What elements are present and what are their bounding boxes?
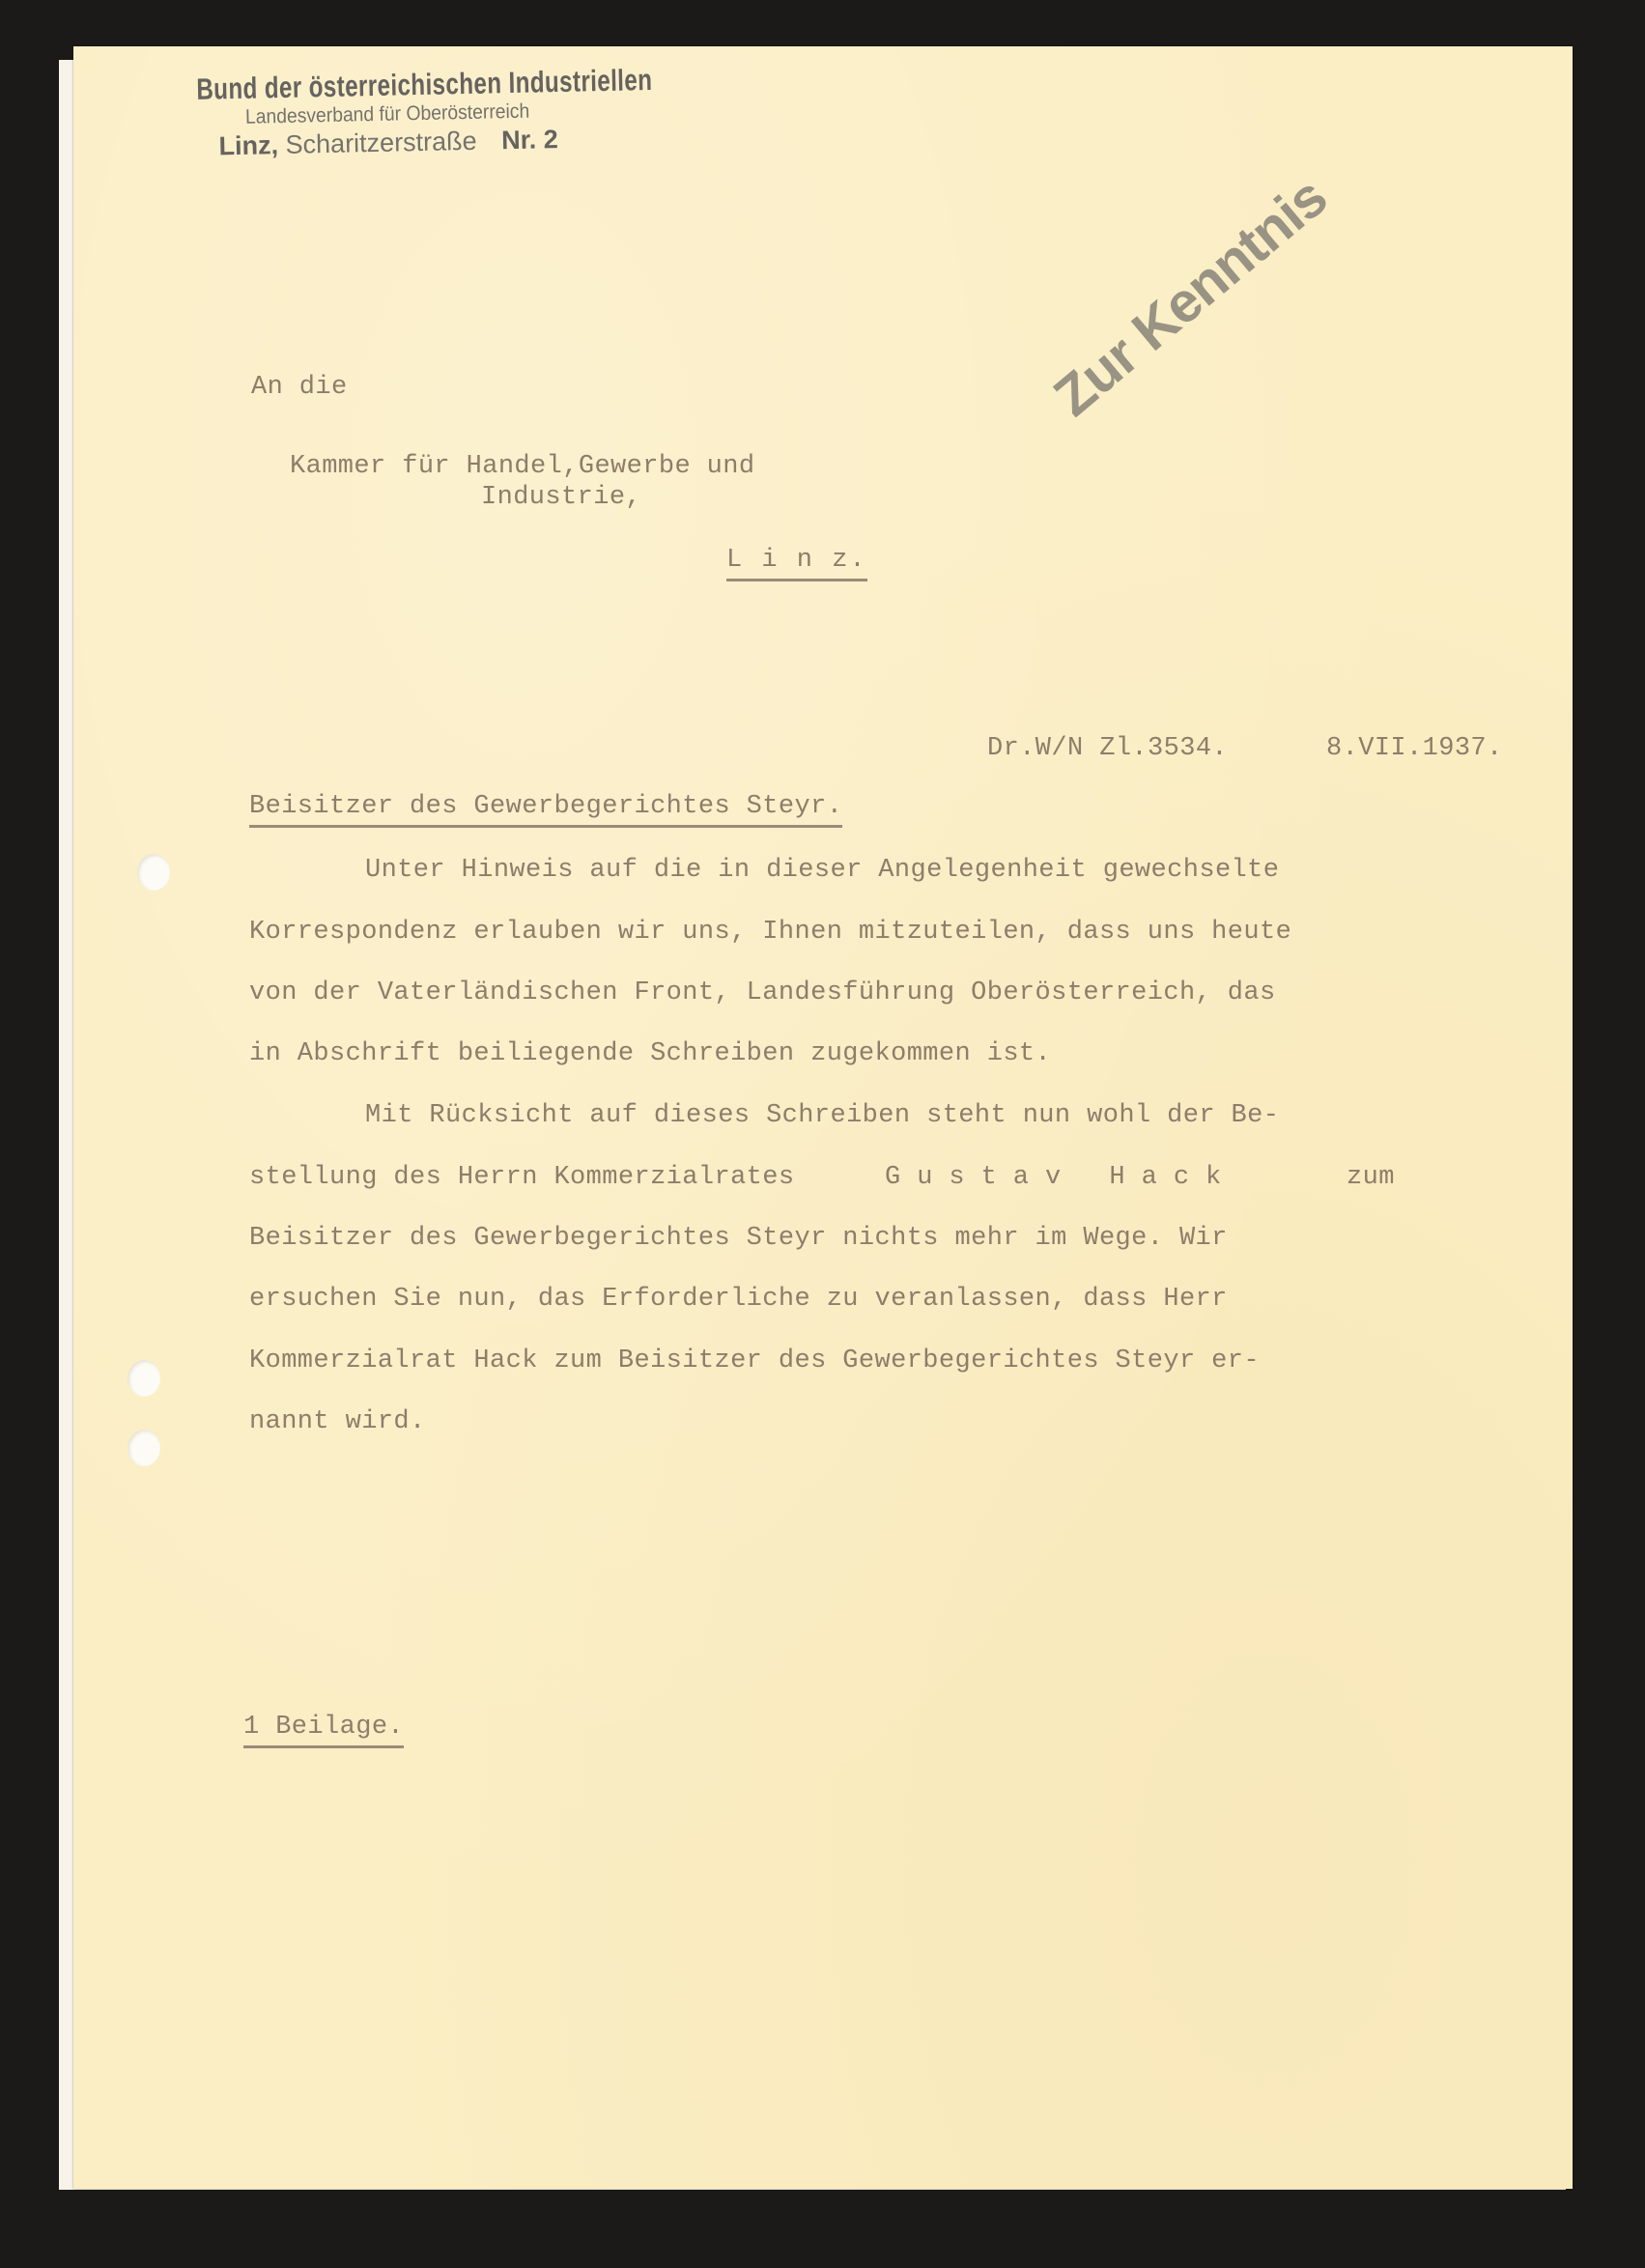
enclosure-note: 1 Beilage. [243,1713,404,1748]
spaced-name: Gustav Hack [885,1163,1237,1192]
body-line: Mit Rücksicht auf dieses Schreiben steht… [365,1101,1279,1130]
body-line: von der Vaterländischen Front, Landesfüh… [249,978,1276,1007]
recipient-city: L i n z. [726,546,867,581]
stamp-city: Linz, [218,130,278,160]
letterhead-stamp: Bund der österreichischen Industriellen … [188,60,782,162]
body-line: stellung des Herrn Kommerzialrates [249,1163,795,1192]
body-line: nannt wird. [249,1407,426,1436]
stamp-street: Scharitzerstraße [285,127,477,159]
body-line: Korrespondenz erlauben wir uns, Ihnen mi… [249,918,1291,947]
body-line: Beisitzer des Gewerbegerichtes Steyr nic… [249,1224,1228,1253]
stamp-number: Nr. 2 [501,125,558,155]
body-line: ersuchen Sie nun, das Erforderliche zu v… [249,1285,1228,1314]
subject-line: Beisitzer des Gewerbegerichtes Steyr. [249,792,842,828]
body-line: Unter Hinweis auf die in dieser Angelege… [365,856,1279,885]
body-line: Kommerzialrat Hack zum Beisitzer des Gew… [249,1347,1260,1375]
recipient-name-line1: Kammer für Handel,Gewerbe und [290,452,754,481]
body-line-continuation: zum [1347,1163,1395,1192]
salutation: An die [251,373,348,402]
punch-hole [128,1430,160,1466]
recipient-name-line2: Industrie, [481,483,641,512]
punch-hole [137,854,170,891]
punch-hole [128,1360,160,1397]
body-line: in Abschrift beiliegende Schreiben zugek… [249,1039,1051,1068]
letter-date: 8.VII.1937. [1326,734,1503,763]
reference-code: Dr.W/N Zl.3534. [987,734,1228,763]
